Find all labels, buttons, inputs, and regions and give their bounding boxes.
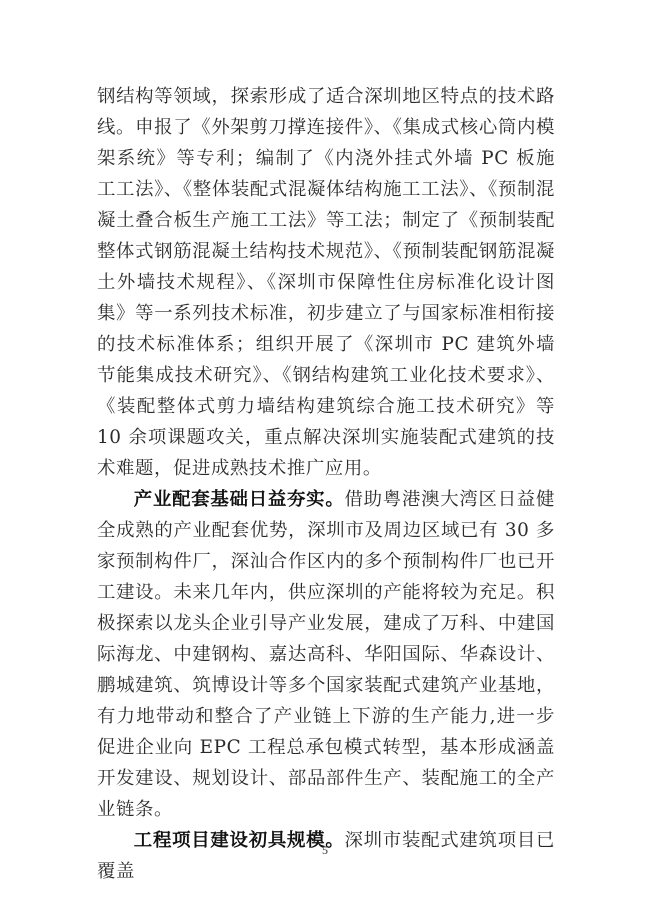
paragraph-lead-heading: 产业配套基础日益夯实。 [134, 489, 345, 510]
paragraph-industry-support: 产业配套基础日益夯实。借助粤港澳大湾区日益健全成熟的产业配套优势，深圳市及周边区… [97, 484, 555, 825]
page-number: 5 [0, 843, 650, 858]
paragraph-text: 钢结构等领域，探索形成了适合深圳地区特点的技术路线。申报了《外架剪刀撑连接件》、… [97, 86, 555, 479]
paragraph-text: 借助粤港澳大湾区日益健全成熟的产业配套优势，深圳市及周边区域已有 30 多家预制… [97, 489, 555, 820]
document-body: 钢结构等领域，探索形成了适合深圳地区特点的技术路线。申报了《外架剪刀撑连接件》、… [97, 81, 555, 887]
paragraph-technical-standards: 钢结构等领域，探索形成了适合深圳地区特点的技术路线。申报了《外架剪刀撑连接件》、… [97, 81, 555, 484]
